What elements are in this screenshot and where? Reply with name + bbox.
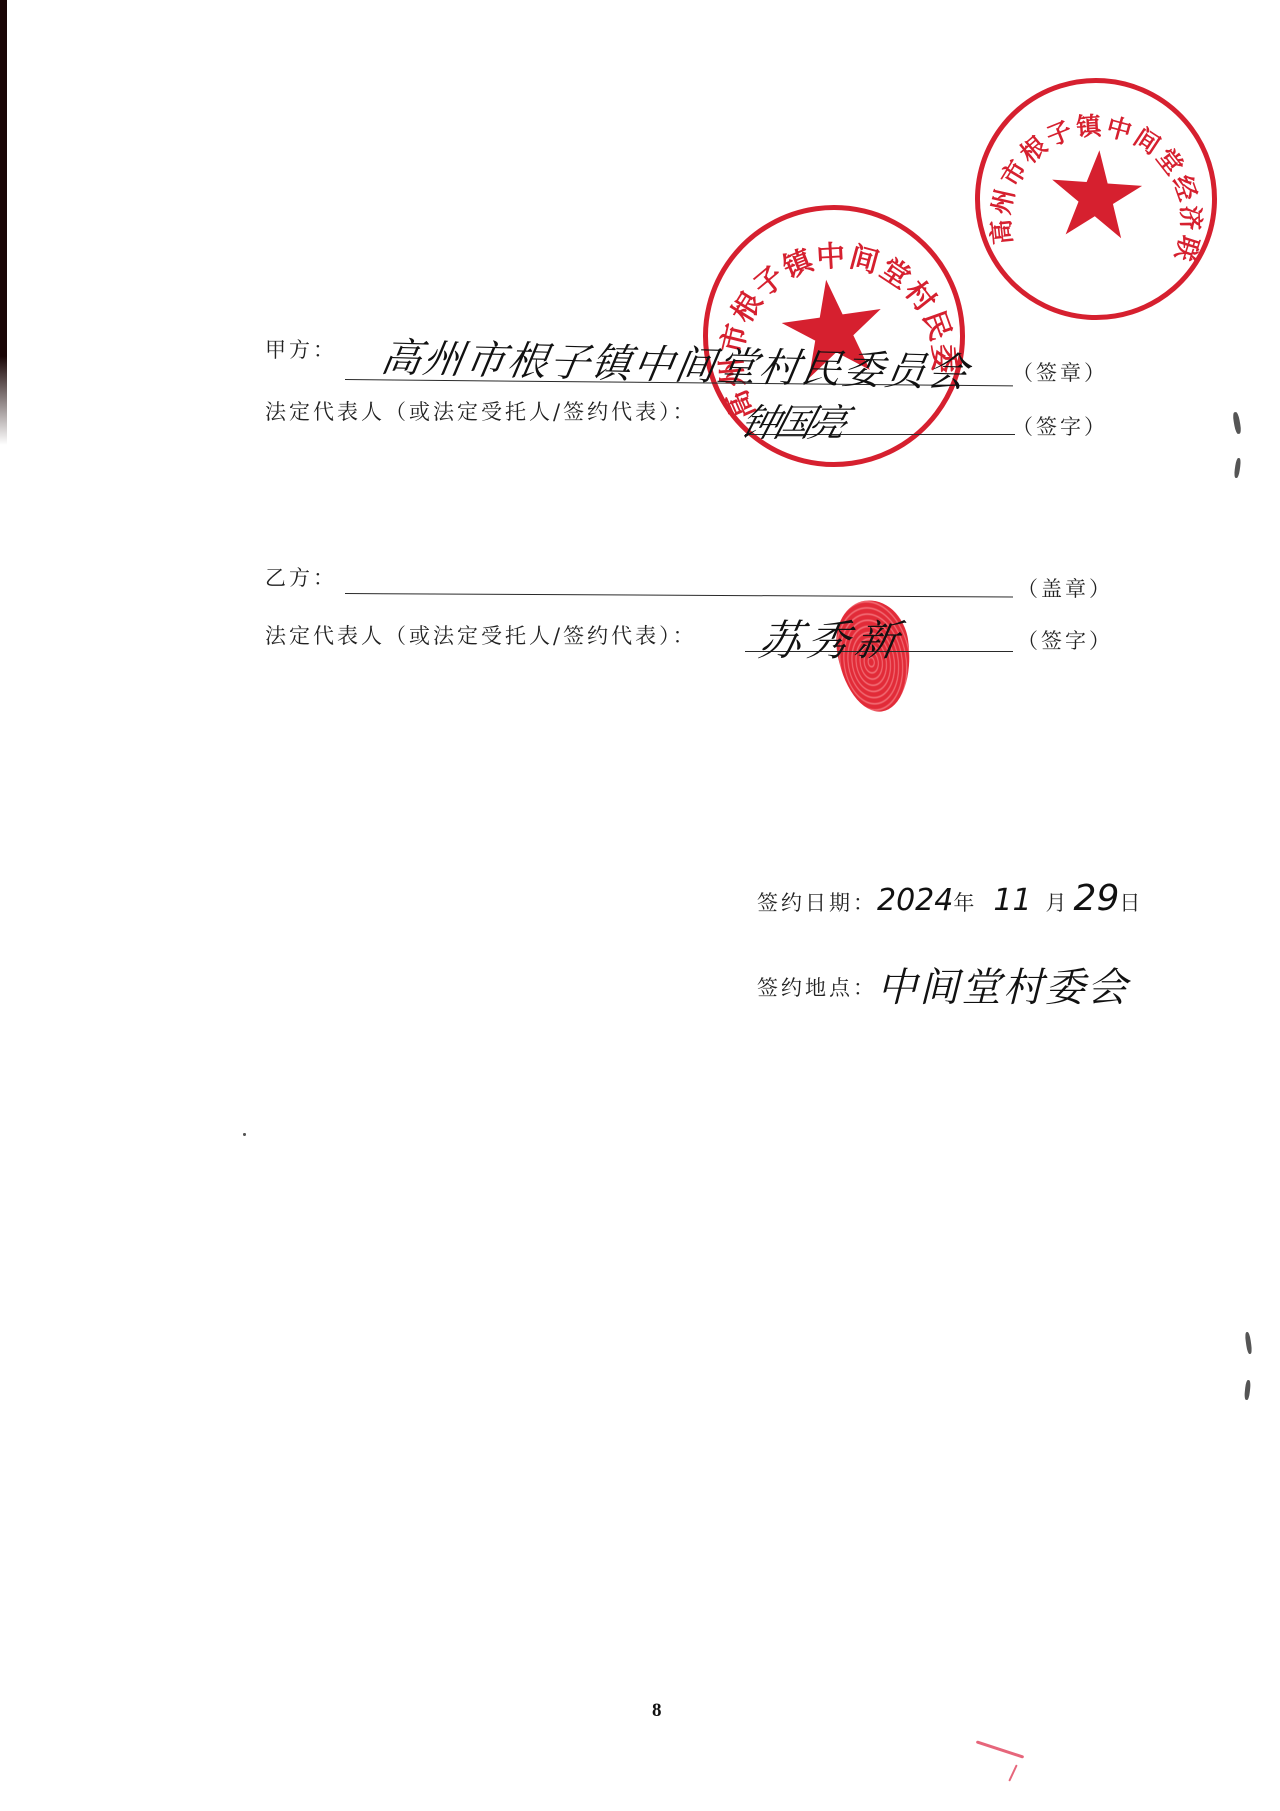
signing-date-day: 29	[1074, 878, 1120, 919]
scan-edge-shadow	[0, 0, 7, 445]
svg-text:高州市根子镇中间堂经济联合社: 高州市根子镇中间堂经济联合社	[961, 51, 1217, 268]
party-a-sign-note: （签字）	[1012, 411, 1108, 441]
party-b-rep-signature: 苏秀新	[755, 608, 910, 668]
party-b-name-line	[345, 593, 1013, 597]
seal-ring-text: 高州市根子镇中间堂经济联合社	[972, 75, 1220, 323]
official-seal-economic-cooperative: 高州市根子镇中间堂经济联合社	[967, 70, 1225, 328]
dust-speck	[243, 1133, 246, 1136]
party-a-rep-label: 法定代表人（或法定受托人/签约代表）：	[265, 396, 697, 426]
party-a-label: 甲方：	[265, 334, 337, 364]
binding-hole-mark	[1232, 412, 1242, 435]
signing-date: 签约日期：2024年11月29日	[757, 878, 1143, 919]
page-number: 8	[652, 1700, 662, 1722]
party-b-seal-note: （盖章）	[1017, 573, 1113, 603]
binding-hole-mark	[1244, 1332, 1252, 1354]
party-b-rep-label: 法定代表人（或法定受托人/签约代表）：	[265, 620, 697, 650]
binding-hole-mark	[1234, 458, 1242, 479]
signing-place: 签约地点：中间堂村委会	[757, 956, 1129, 1013]
signing-date-label: 签约日期：	[757, 891, 877, 915]
party-b-label: 乙方：	[265, 562, 337, 592]
signing-date-year-unit: 年	[953, 891, 977, 915]
signing-date-day-unit: 日	[1119, 891, 1143, 915]
party-a-seal-note: （签章）	[1012, 357, 1108, 387]
signing-place-label: 签约地点：	[757, 976, 877, 1000]
star-icon	[1048, 147, 1144, 239]
signing-date-year: 2024	[877, 883, 953, 918]
red-ink-smudge	[976, 1740, 1024, 1758]
signing-place-handwritten: 中间堂村委会	[877, 965, 1129, 1011]
signing-date-month: 11	[993, 883, 1031, 918]
signing-date-month-unit: 月	[1046, 891, 1070, 915]
binding-hole-mark	[1244, 1380, 1251, 1400]
party-a-rep-signature: 钟国亮	[735, 392, 852, 447]
red-ink-smudge	[1008, 1764, 1017, 1781]
party-b-sign-note: （签字）	[1017, 625, 1113, 655]
